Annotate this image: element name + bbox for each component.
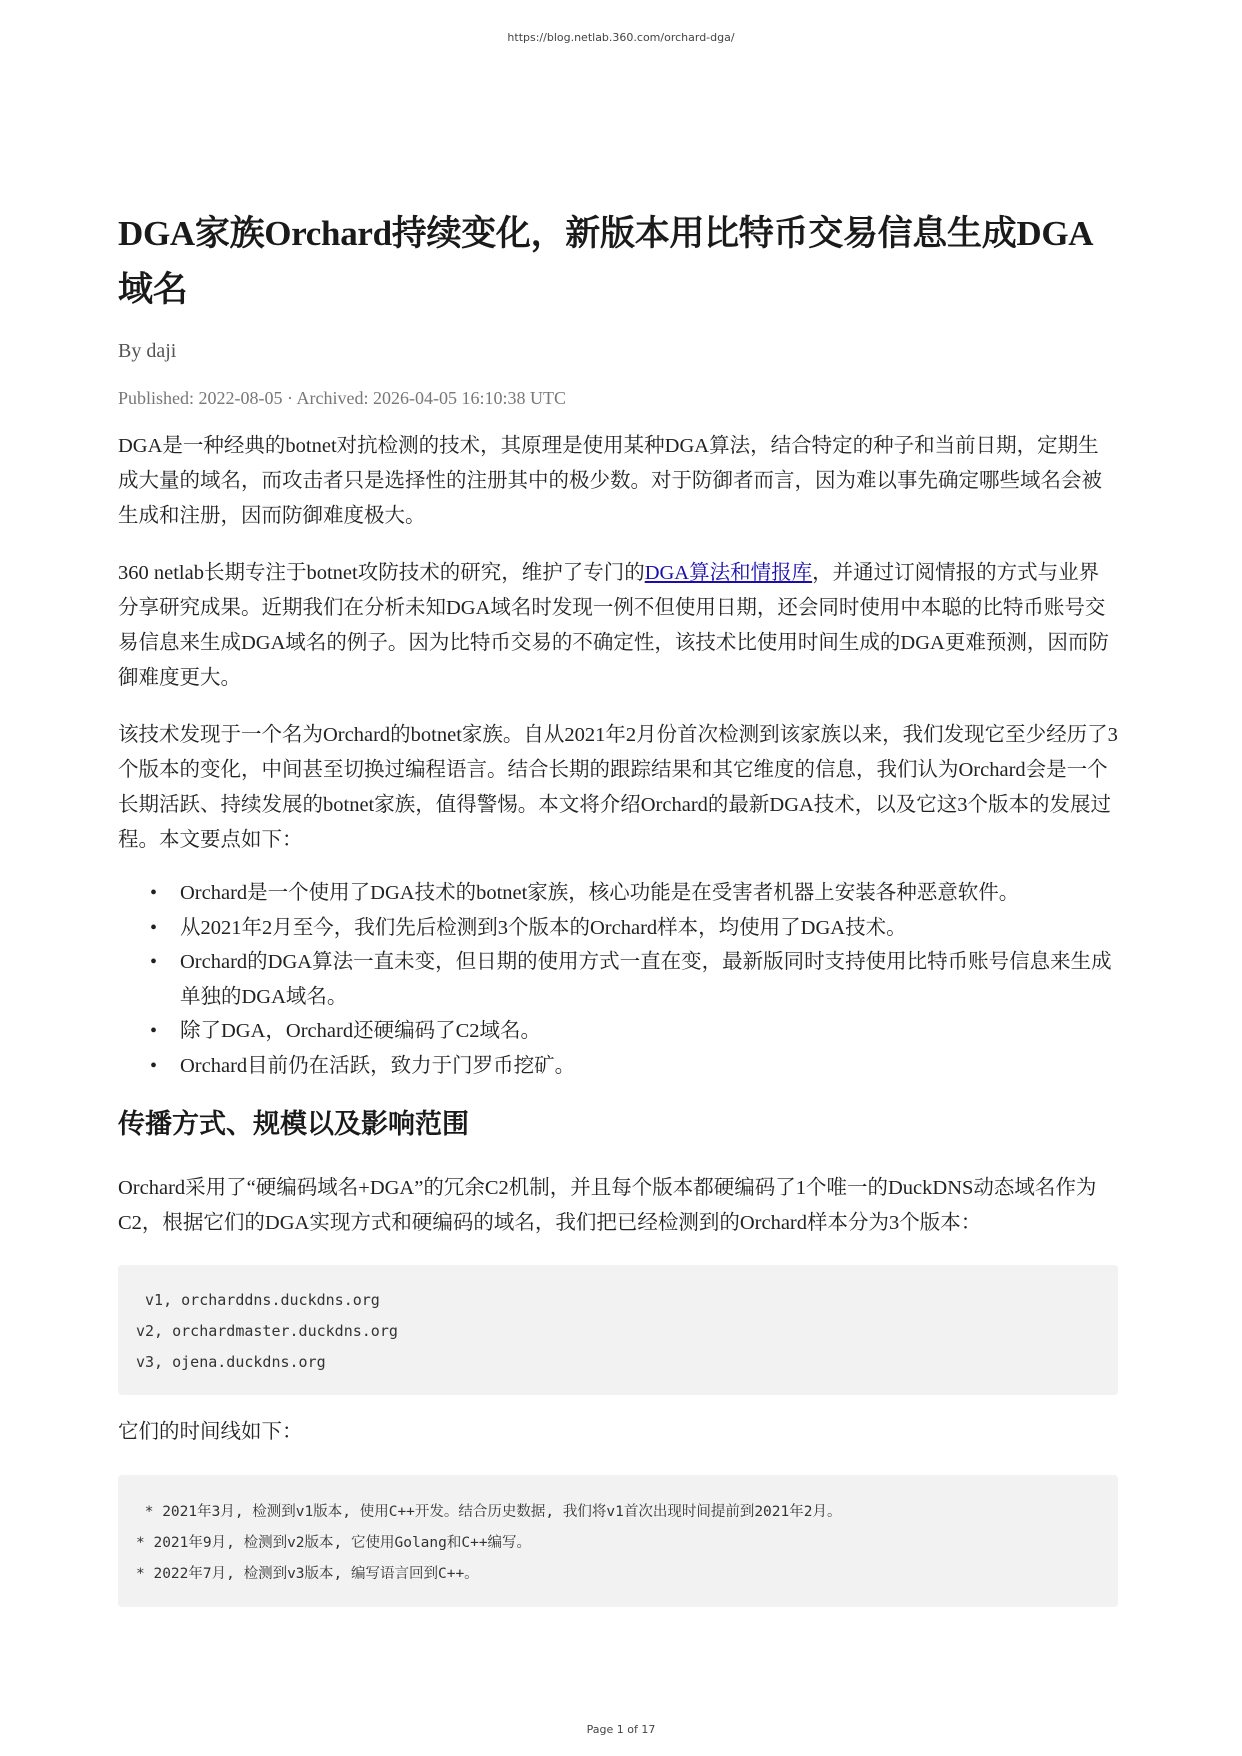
article-byline: By daji	[118, 338, 1118, 364]
list-item-text: Orchard目前仍在活跃，致力于门罗币挖矿。	[180, 1055, 575, 1077]
dga-database-link[interactable]: DGA算法和情报库	[645, 562, 812, 584]
bullet-icon: •	[150, 911, 157, 946]
list-item-text: Orchard的DGA算法一直未变，但日期的使用方式一直在变，最新版同时支持使用…	[180, 951, 1112, 1008]
bullet-icon: •	[150, 945, 157, 980]
paragraph-netlab: 360 netlab长期专注于botnet攻防技术的研究，维护了专门的DGA算法…	[118, 556, 1118, 696]
bullet-icon: •	[150, 1049, 157, 1084]
code-line: * 2021年9月, 检测到v2版本, 它使用Golang和C++编写。	[136, 1528, 1118, 1559]
list-item: •Orchard的DGA算法一直未变，但日期的使用方式一直在变，最新版同时支持使…	[180, 945, 1118, 1014]
list-item-text: 从2021年2月至今，我们先后检测到3个版本的Orchard样本，均使用了DGA…	[180, 917, 907, 939]
bullet-icon: •	[150, 1014, 157, 1049]
list-item: •从2021年2月至今，我们先后检测到3个版本的Orchard样本，均使用了DG…	[180, 911, 1118, 946]
article-title: DGA家族Orchard持续变化，新版本用比特币交易信息生成DGA域名	[118, 206, 1118, 318]
code-line: v1, orcharddns.duckdns.org	[136, 1285, 1118, 1316]
code-line: v2, orchardmaster.duckdns.org	[136, 1316, 1118, 1347]
list-item: •Orchard是一个使用了DGA技术的botnet家族，核心功能是在受害者机器…	[180, 876, 1118, 911]
key-points-list: •Orchard是一个使用了DGA技术的botnet家族，核心功能是在受害者机器…	[118, 876, 1118, 1083]
paragraph-orchard: 该技术发现于一个名为Orchard的botnet家族。自从2021年2月份首次检…	[118, 718, 1118, 858]
paragraph-c2: Orchard采用了“硬编码域名+DGA”的冗余C2机制，并且每个版本都硬编码了…	[118, 1171, 1118, 1241]
code-line: * 2021年3月, 检测到v1版本, 使用C++开发。结合历史数据, 我们将v…	[136, 1497, 1118, 1528]
list-item: •Orchard目前仍在活跃，致力于门罗币挖矿。	[180, 1049, 1118, 1084]
paragraph-intro: DGA是一种经典的botnet对抗检测的技术，其原理是使用某种DGA算法，结合特…	[118, 429, 1118, 534]
paragraph-timeline-intro: 它们的时间线如下：	[118, 1415, 1118, 1450]
article-meta: Published: 2022-08-05 · Archived: 2026-0…	[118, 386, 1118, 410]
code-block-timeline: * 2021年3月, 检测到v1版本, 使用C++开发。结合历史数据, 我们将v…	[118, 1475, 1118, 1607]
list-item-text: Orchard是一个使用了DGA技术的botnet家族，核心功能是在受害者机器上…	[180, 882, 1019, 904]
list-item-text: 除了DGA，Orchard还硬编码了C2域名。	[180, 1020, 541, 1042]
code-line: v3, ojena.duckdns.org	[136, 1347, 1118, 1378]
page-url-header: https://blog.netlab.360.com/orchard-dga/	[0, 31, 1242, 44]
page-number: Page 1 of 17	[0, 1723, 1242, 1736]
bullet-icon: •	[150, 876, 157, 911]
list-item: •除了DGA，Orchard还硬编码了C2域名。	[180, 1014, 1118, 1049]
paragraph-netlab-text-before: 360 netlab长期专注于botnet攻防技术的研究，维护了专门的	[118, 562, 645, 584]
section-heading-propagation: 传播方式、规模以及影响范围	[118, 1105, 1118, 1145]
code-line: * 2022年7月, 检测到v3版本, 编写语言回到C++。	[136, 1559, 1118, 1590]
article: DGA家族Orchard持续变化，新版本用比特币交易信息生成DGA域名 By d…	[118, 206, 1118, 1607]
code-block-domains: v1, orcharddns.duckdns.orgv2, orchardmas…	[118, 1265, 1118, 1395]
